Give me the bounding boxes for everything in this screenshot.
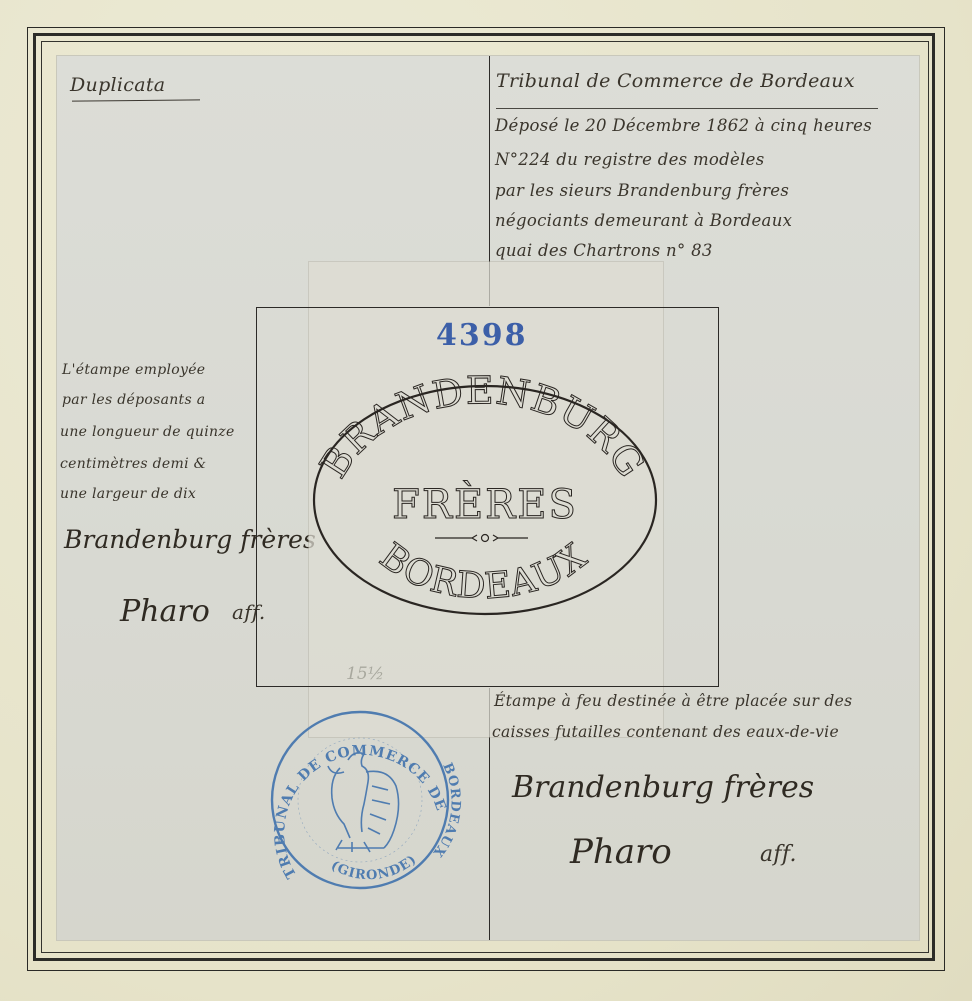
bottom-note-line: caisses futailles contenant des eaux-de-… <box>492 723 839 741</box>
eagle-icon <box>328 753 399 852</box>
signature-depositor-right: Brandenburg frères <box>512 770 814 805</box>
svg-text:TRIBUNAL DE COMMERCE DE: TRIBUNAL DE COMMERCE DE <box>272 743 449 881</box>
mark-line-freres: FRÈRES <box>392 481 578 528</box>
ornament-divider <box>435 535 528 542</box>
signature-clerk-right: Pharo <box>570 832 672 872</box>
svg-text:(GIRONDE): (GIRONDE) <box>328 852 420 883</box>
clerk-flourish-right: aff. <box>760 842 797 867</box>
mark-line-bordeaux: BORDEAUX <box>372 535 595 607</box>
bottom-note-line: Étampe à feu destinée à être placée sur … <box>494 692 852 710</box>
tribunal-seal: TRIBUNAL DE COMMERCE DE (GIRONDE) BORDEA… <box>0 0 463 888</box>
trademark-mark-svg: BRANDENBURG FRÈRES BORDEAUX TRIBUNAL DE … <box>0 0 972 1001</box>
mark-line-brandenburg: BRANDENBURG <box>311 368 653 485</box>
